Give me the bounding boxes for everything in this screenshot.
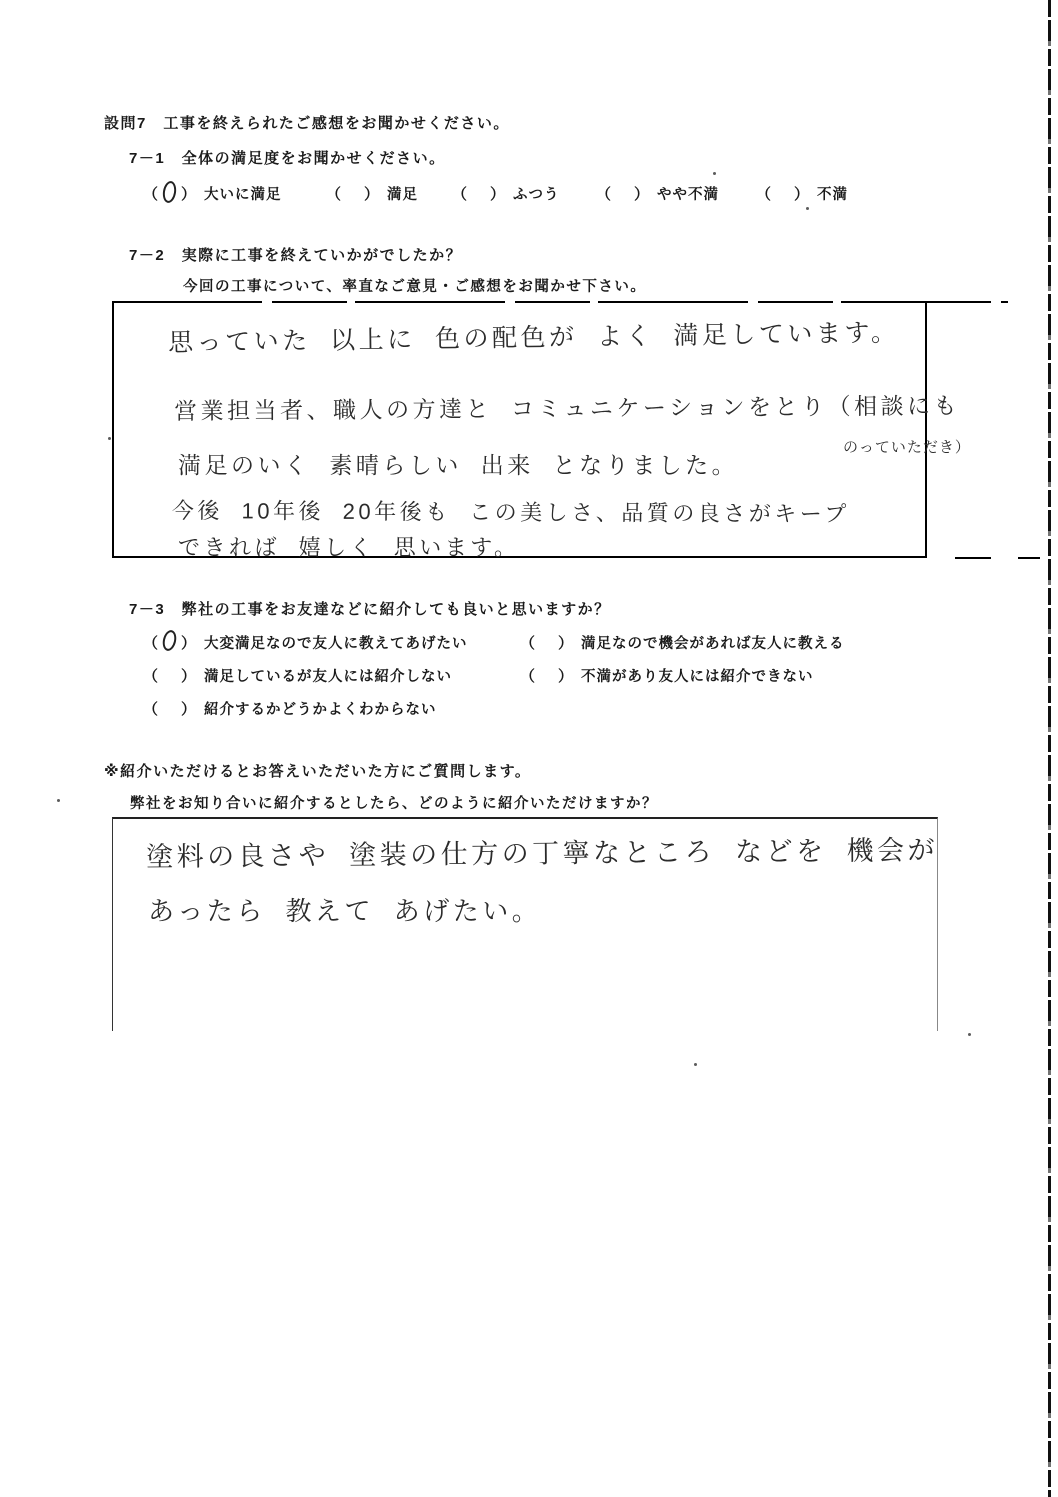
paren-open: （ <box>143 698 159 719</box>
handwritten-line: あったら 教えて あげたい。 <box>148 897 541 926</box>
answer-slot <box>342 181 364 205</box>
paren-close: ） <box>794 183 810 204</box>
answer-slot <box>159 696 181 720</box>
satisfaction-option-5: （ ） 不満 <box>756 181 848 205</box>
scan-speck <box>57 799 60 802</box>
paren-close: ） <box>634 183 650 204</box>
handwritten-line: 満足のいく 素晴らしい 出来 となりました。 <box>178 453 738 478</box>
answer-slot <box>772 181 794 205</box>
referral-option-2: （ ） 満足なので機会があれば友人に教える <box>520 630 845 654</box>
scan-dash <box>955 557 991 559</box>
handwritten-circle-mark <box>161 180 177 204</box>
scan-artifact-line <box>1048 0 1051 1497</box>
answer-slot <box>159 630 181 654</box>
handwritten-line: できれば 嬉しく 思います。 <box>178 536 519 560</box>
question7-2-title: 7－2 実際に工事を終えていかがでしたか？ <box>129 244 462 265</box>
option-label: 不満 <box>817 183 848 204</box>
handwritten-circle-mark <box>161 629 178 652</box>
handwritten-line: 今後 10年後 20年後も この美しさ、品質の良さがキープ <box>172 499 850 527</box>
referral-option-5: （ ） 紹介するかどうかよくわからない <box>143 696 437 720</box>
paren-open: （ <box>143 632 159 653</box>
scan-speck <box>713 172 716 175</box>
paren-close: ） <box>558 632 574 653</box>
referral-option-4: （ ） 不満があり友人には紹介できない <box>520 663 814 687</box>
scan-speck <box>108 437 111 440</box>
paren-close: ） <box>490 183 506 204</box>
paren-open: （ <box>143 183 159 204</box>
satisfaction-option-3: （ ） ふつう <box>452 181 560 205</box>
paren-open: （ <box>756 183 772 204</box>
answer-slot <box>468 181 490 205</box>
question7-1-title: 7－1 全体の満足度をお聞かせください。 <box>129 147 446 168</box>
option-label: 満足なので機会があれば友人に教える <box>581 632 845 653</box>
option-label: 不満があり友人には紹介できない <box>581 665 814 686</box>
paren-open: （ <box>520 665 536 686</box>
answer-slot <box>612 181 634 205</box>
paren-open: （ <box>326 183 342 204</box>
option-label: やや不満 <box>657 183 719 204</box>
question7-2-subtitle: 今回の工事について、率直なご意見・ご感想をお聞かせ下さい。 <box>183 275 646 296</box>
answer-slot <box>159 181 181 205</box>
referral-option-1: （ ） 大変満足なので友人に教えてあげたい <box>143 630 468 654</box>
answer-slot <box>159 663 181 687</box>
option-label: 大いに満足 <box>204 183 282 204</box>
handwritten-line: のっていただき） <box>843 440 971 457</box>
satisfaction-option-1: （ ） 大いに満足 <box>143 181 282 205</box>
answer-slot <box>536 663 558 687</box>
paren-close: ） <box>181 665 197 686</box>
question7-3-title: 7－3 弊社の工事をお友達などに紹介しても良いと思いますか？ <box>129 598 611 619</box>
paren-open: （ <box>596 183 612 204</box>
referral-note: ※紹介いただけるとお答えいただいた方にご質問します。 <box>104 760 531 781</box>
referral-question: 弊社をお知り合いに紹介するとしたら、どのように紹介いただけますか？ <box>130 792 658 813</box>
satisfaction-option-4: （ ） やや不満 <box>596 181 719 205</box>
paren-close: ） <box>181 183 197 204</box>
satisfaction-option-2: （ ） 満足 <box>326 181 418 205</box>
option-label: 紹介するかどうかよくわからない <box>204 698 437 719</box>
paren-open: （ <box>143 665 159 686</box>
answer-slot <box>536 630 558 654</box>
paren-open: （ <box>452 183 468 204</box>
question7-title: 設問7 工事を終えられたご感想をお聞かせください。 <box>104 112 510 133</box>
paren-open: （ <box>520 632 536 653</box>
scanned-survey-page: 設問7 工事を終えられたご感想をお聞かせください。 7－1 全体の満足度をお聞か… <box>0 0 1058 1497</box>
scan-dash <box>1018 557 1040 559</box>
option-label: 満足 <box>387 183 418 204</box>
option-label: ふつう <box>513 183 560 204</box>
option-label: 満足しているが友人には紹介しない <box>204 665 452 686</box>
option-label: 大変満足なので友人に教えてあげたい <box>204 632 468 653</box>
paren-close: ） <box>364 183 380 204</box>
paren-close: ） <box>181 632 197 653</box>
scan-speck <box>806 207 809 210</box>
scan-speck <box>968 1033 971 1036</box>
scan-speck <box>694 1063 697 1066</box>
paren-close: ） <box>558 665 574 686</box>
referral-option-3: （ ） 満足しているが友人には紹介しない <box>143 663 452 687</box>
paren-close: ） <box>181 698 197 719</box>
